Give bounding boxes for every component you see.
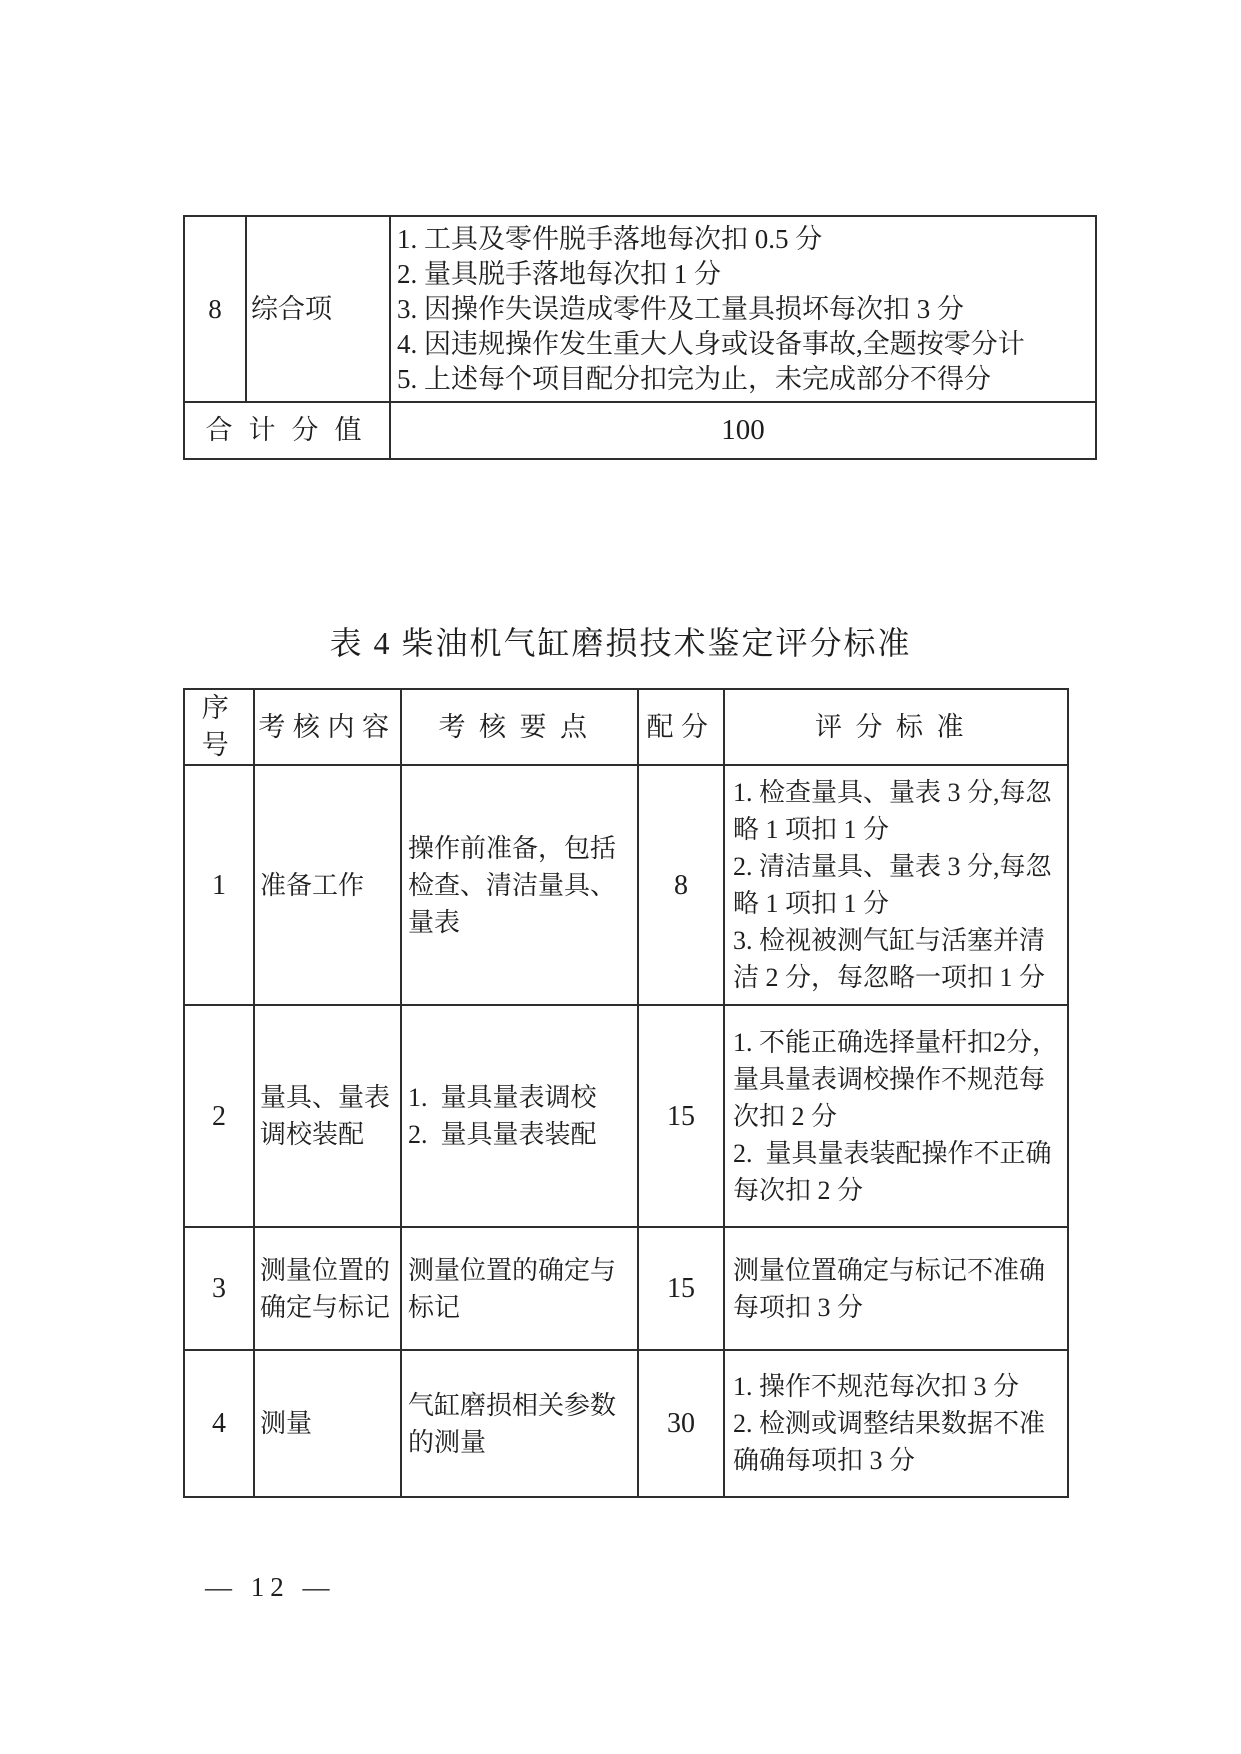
header-points: 考核要点 xyxy=(401,689,638,765)
seq-cell: 1 xyxy=(184,765,254,1005)
total-row: 合计分值 100 xyxy=(184,402,1096,459)
criteria-cell: 1. 操作不规范每次扣 3 分2. 检测或调整结果数据不准确确每项扣 3 分 xyxy=(724,1350,1068,1497)
criteria-cell: 1. 检查量具、量表 3 分,每忽略 1 项扣 1 分2. 清洁量具、量表 3 … xyxy=(724,765,1068,1005)
content-cell: 准备工作 xyxy=(254,765,401,1005)
table-row: 3 测量位置的确定与标记 测量位置的确定与标记 15 测量位置确定与标记不准确每… xyxy=(184,1227,1068,1350)
criteria-cell: 1. 不能正确选择量杆扣2分，量具量表调校操作不规范每次扣 2 分2. 量具量表… xyxy=(724,1005,1068,1227)
header-score: 配分 xyxy=(638,689,724,765)
criteria-cell: 测量位置确定与标记不准确每项扣 3 分 xyxy=(724,1227,1068,1350)
deduction-items-cell: 1. 工具及零件脱手落地每次扣 0.5 分2. 量具脱手落地每次扣 1 分3. … xyxy=(390,216,1096,402)
table-row: 8 综合项 1. 工具及零件脱手落地每次扣 0.5 分2. 量具脱手落地每次扣 … xyxy=(184,216,1096,402)
score-cell: 8 xyxy=(638,765,724,1005)
header-seq: 序号 xyxy=(184,689,254,765)
header-row: 序号 考核内容 考核要点 配分 评分标准 xyxy=(184,689,1068,765)
seq-cell: 3 xyxy=(184,1227,254,1350)
scoring-table: 序号 考核内容 考核要点 配分 评分标准 1 准备工作 操作前准备，包括检查、清… xyxy=(183,688,1069,1498)
total-label-cell: 合计分值 xyxy=(184,402,390,459)
points-cell: 测量位置的确定与标记 xyxy=(401,1227,638,1350)
seq-cell: 2 xyxy=(184,1005,254,1227)
seq-cell: 4 xyxy=(184,1350,254,1497)
points-cell: 操作前准备，包括检查、清洁量具、量表 xyxy=(401,765,638,1005)
table-row: 2 量具、量表调校装配 1. 量具量表调校2. 量具量表装配 15 1. 不能正… xyxy=(184,1005,1068,1227)
content-cell: 量具、量表调校装配 xyxy=(254,1005,401,1227)
content-cell: 测量 xyxy=(254,1350,401,1497)
header-content: 考核内容 xyxy=(254,689,401,765)
total-value-cell: 100 xyxy=(390,402,1096,459)
points-cell: 1. 量具量表调校2. 量具量表装配 xyxy=(401,1005,638,1227)
score-cell: 15 xyxy=(638,1227,724,1350)
row-number-cell: 8 xyxy=(184,216,246,402)
table-row: 1 准备工作 操作前准备，包括检查、清洁量具、量表 8 1. 检查量具、量表 3… xyxy=(184,765,1068,1005)
summary-table: 8 综合项 1. 工具及零件脱手落地每次扣 0.5 分2. 量具脱手落地每次扣 … xyxy=(183,215,1097,460)
category-cell: 综合项 xyxy=(246,216,390,402)
table4-title: 表 4 柴油机气缸磨损技术鉴定评分标准 xyxy=(0,618,1241,664)
score-cell: 30 xyxy=(638,1350,724,1497)
points-cell: 气缸磨损相关参数的测量 xyxy=(401,1350,638,1497)
header-criteria: 评分标准 xyxy=(724,689,1068,765)
document-page: 8 综合项 1. 工具及零件脱手落地每次扣 0.5 分2. 量具脱手落地每次扣 … xyxy=(0,0,1241,1754)
table-row: 4 测量 气缸磨损相关参数的测量 30 1. 操作不规范每次扣 3 分2. 检测… xyxy=(184,1350,1068,1497)
content-cell: 测量位置的确定与标记 xyxy=(254,1227,401,1350)
score-cell: 15 xyxy=(638,1005,724,1227)
page-number: — 12 — xyxy=(205,1572,336,1603)
